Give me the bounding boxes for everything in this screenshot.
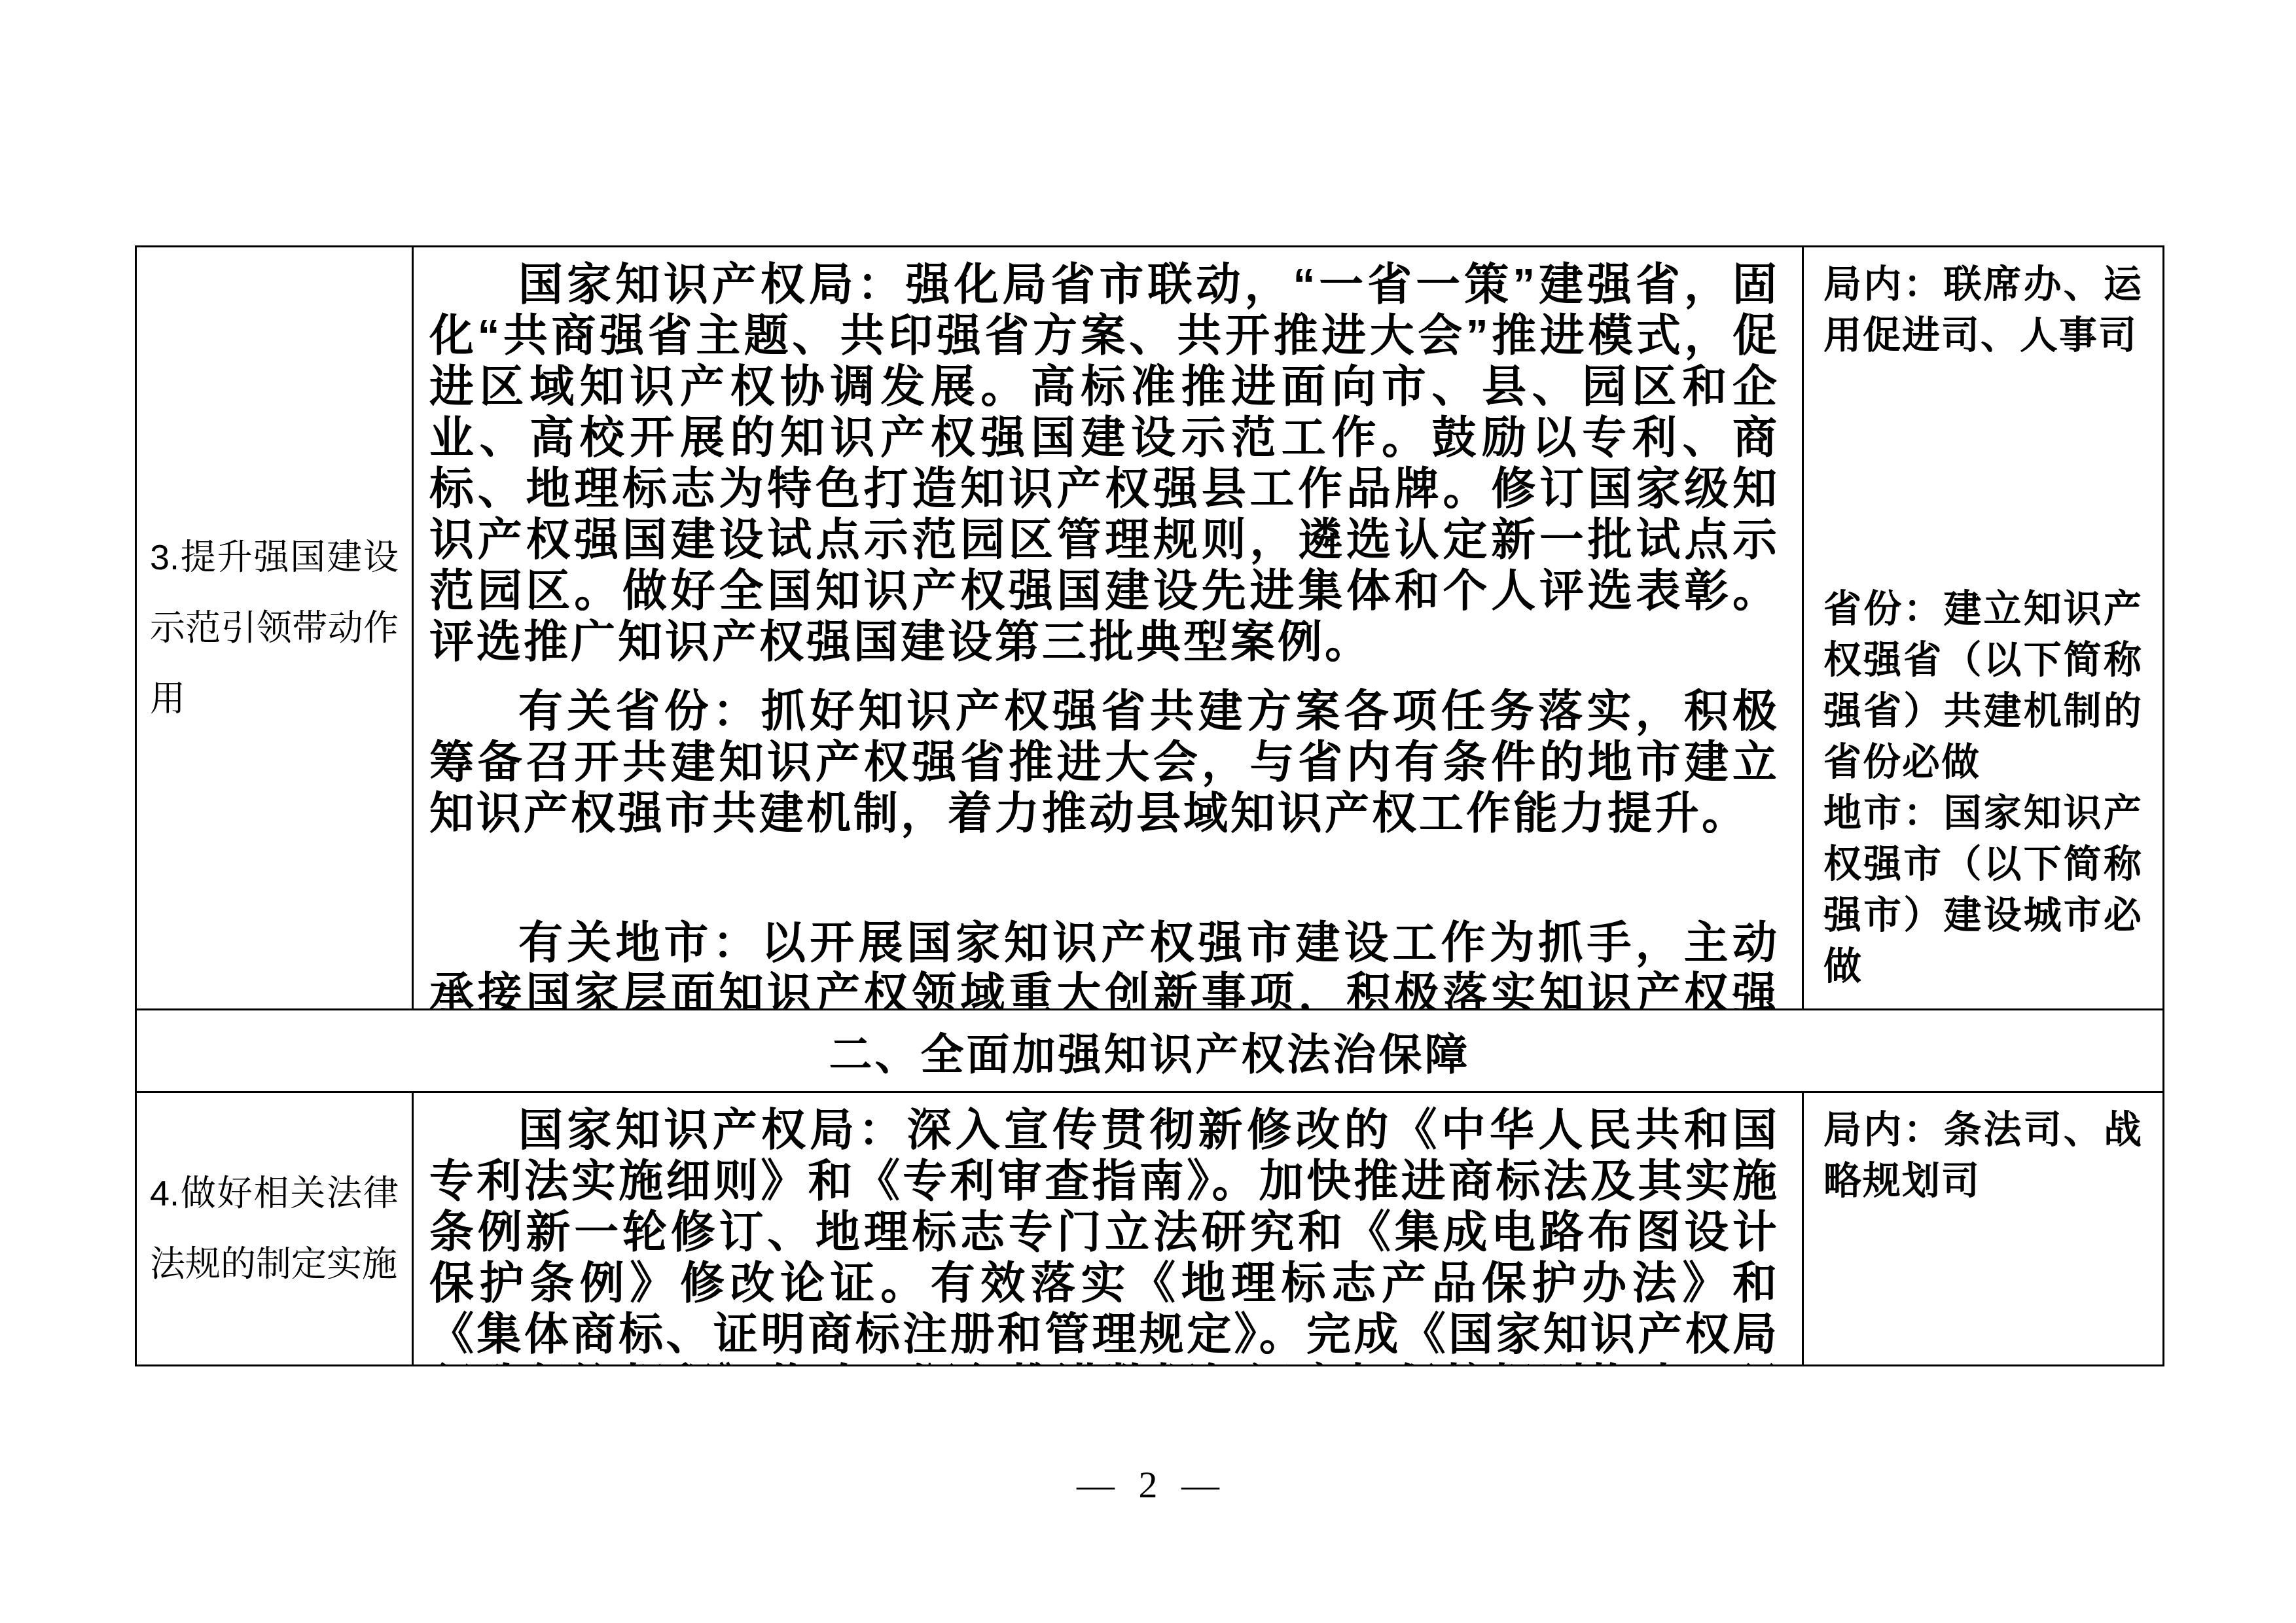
task-4-responsibility-bureau: 局内：条法司、战略规划司 xyxy=(1823,1105,2143,1207)
task-4-responsibility-cell: 局内：条法司、战略规划司 xyxy=(1804,1093,2162,1364)
section-header-title: 二、全面加强知识产权法治保障 xyxy=(829,1020,1471,1082)
task-3-description-cell: 国家知识产权局：强化局省市联动，“一省一策”建强省，固化“共商强省主题、共印强省… xyxy=(414,247,1804,1010)
task-3-responsibility-bureau: 局内：联席办、运用促进司、人事司 xyxy=(1823,259,2143,361)
task-4-paragraph-cnipa: 国家知识产权局：深入宣传贯彻新修改的《中华人民共和国专利法实施细则》和《专利审查… xyxy=(429,1105,1780,1364)
task-3-responsibility-city: 地市：国家知识产权强市（以下简称强市）建设城市必做 xyxy=(1823,788,2143,992)
task-3-label: 3.提升强国建设示范引领带动作用 xyxy=(150,522,399,734)
section-header-row: 二、全面加强知识产权法治保障 xyxy=(137,1010,2162,1093)
document-page: 3.提升强国建设示范引领带动作用 国家知识产权局：强化局省市联动，“一省一策”建… xyxy=(0,0,2296,1623)
task-3-label-cell: 3.提升强国建设示范引领带动作用 xyxy=(137,247,414,1010)
task-3-paragraph-provinces: 有关省份：抓好知识产权强省共建方案各项任务落实，积极筹备召开共建知识产权强省推进… xyxy=(429,686,1780,839)
page-number: — 2 — xyxy=(0,1463,2296,1507)
task-3-paragraph-cnipa: 国家知识产权局：强化局省市联动，“一省一策”建强省，固化“共商强省主题、共印强省… xyxy=(429,259,1780,668)
task-3-paragraph-cities: 有关地市：以开展国家知识产权强市建设工作为抓手，主动承接国家层面知识产权领域重大… xyxy=(429,918,1780,1010)
task-3-responsibility-province: 省份：建立知识产权强省（以下简称强省）共建机制的省份必做 xyxy=(1823,584,2143,788)
task-4-label: 4.做好相关法律法规的制定实施 xyxy=(150,1158,399,1300)
task-4-label-cell: 4.做好相关法律法规的制定实施 xyxy=(137,1093,414,1364)
task-table: 3.提升强国建设示范引领带动作用 国家知识产权局：强化局省市联动，“一省一策”建… xyxy=(135,245,2164,1366)
task-4-description-cell: 国家知识产权局：深入宣传贯彻新修改的《中华人民共和国专利法实施细则》和《专利审查… xyxy=(414,1093,1804,1364)
task-3-responsibility-cell: 局内：联席办、运用促进司、人事司 省份：建立知识产权强省（以下简称强省）共建机制… xyxy=(1804,247,2162,1010)
